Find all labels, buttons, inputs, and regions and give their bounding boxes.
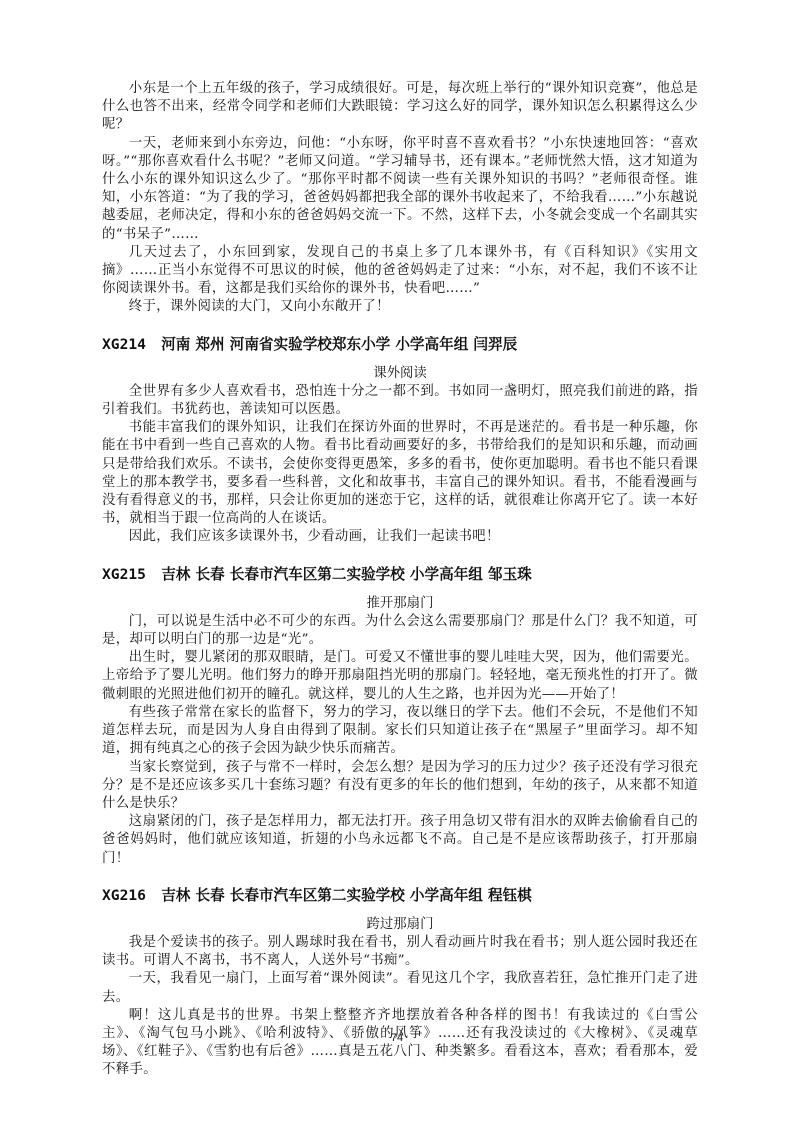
paragraph: 几天过去了，小东回到家，发现自己的书桌上多了几本课外书，有《百科知识》《实用文摘… xyxy=(102,244,698,299)
entry-heading: XG214 河南 郑州 河南省实验学校郑东小学 小学高年组 闫羿辰 xyxy=(102,335,698,355)
entry-author-info: 河南 郑州 河南省实验学校郑东小学 小学高年组 闫羿辰 xyxy=(161,336,517,353)
entry-code: XG216 xyxy=(102,887,146,904)
paragraph: 出生时，婴儿紧闭的那双眼睛，是门。可爱又不懂世事的婴儿哇哇大哭，因为，他们需要光… xyxy=(102,649,698,704)
paragraph: 因此，我们应该多读课外书，少看动画，让我们一起读书吧！ xyxy=(102,528,698,546)
entry-xg216: XG216 吉林 长春 长春市汽车区第二实验学校 小学高年组 程钰棋 跨过那扇门… xyxy=(102,886,698,1080)
paragraph: 我是个爱读书的孩子。别人踢球时我在看书，别人看动画片时我在看书；别人逛公园时我还… xyxy=(102,934,698,970)
essay-title: 推开那扇门 xyxy=(102,595,698,613)
entry-heading: XG216 吉林 长春 长春市汽车区第二实验学校 小学高年组 程钰棋 xyxy=(102,886,698,906)
story-continuation: 小东是一个上五年级的孩子，学习成绩很好。可是，每次班上举行的“课外知识竞赛”，他… xyxy=(102,80,698,317)
paragraph: 这扇紧闭的门，孩子是怎样用力，都无法打开。孩子用急切又带有泪水的双眸去偷偷看自己… xyxy=(102,813,698,868)
paragraph: 终于，课外阅读的大门，又向小东敞开了！ xyxy=(102,298,698,316)
entry-heading: XG215 吉林 长春 长春市汽车区第二实验学校 小学高年组 邹玉珠 xyxy=(102,565,698,585)
paragraph: 一天，老师来到小东旁边，问他：“小东呀，你平时喜不喜欢看书？”小东快速地回答：“… xyxy=(102,135,698,244)
paragraph: 门，可以说是生活中必不可少的东西。为什么会这么需要那扇门？那是什么门？我不知道，… xyxy=(102,613,698,649)
page-number: 74 xyxy=(0,1032,794,1044)
paragraph: 书能丰富我们的课外知识，让我们在探访外面的世界时，不再是迷茫的。看书是一种乐趣，… xyxy=(102,419,698,528)
essay-title: 课外阅读 xyxy=(102,365,698,383)
entry-code: XG214 xyxy=(102,336,146,353)
paragraph: 一天，我看见一扇门，上面写着“课外阅读”。看见这几个字，我欣喜若狂，急忙推开门走… xyxy=(102,970,698,1006)
entry-author-info: 吉林 长春 长春市汽车区第二实验学校 小学高年组 邹玉珠 xyxy=(161,566,532,583)
entry-author-info: 吉林 长春 长春市汽车区第二实验学校 小学高年组 程钰棋 xyxy=(161,887,532,904)
entry-xg214: XG214 河南 郑州 河南省实验学校郑东小学 小学高年组 闫羿辰 课外阅读 全… xyxy=(102,335,698,547)
essay-title: 跨过那扇门 xyxy=(102,916,698,934)
entry-xg215: XG215 吉林 长春 长春市汽车区第二实验学校 小学高年组 邹玉珠 推开那扇门… xyxy=(102,565,698,868)
paragraph: 全世界有多少人喜欢看书，恐怕连十分之一都不到。书如同一盏明灯，照亮我们前进的路，… xyxy=(102,383,698,419)
paragraph: 小东是一个上五年级的孩子，学习成绩很好。可是，每次班上举行的“课外知识竞赛”，他… xyxy=(102,80,698,135)
paragraph: 当家长察觉到，孩子与常不一样时，会怎么想？是因为学习的压力过少？孩子还没有学习很… xyxy=(102,759,698,814)
paragraph: 有些孩子常常在家长的监督下，努力的学习，夜以继日的学下去。他们不会玩，不是他们不… xyxy=(102,704,698,759)
entry-code: XG215 xyxy=(102,566,146,583)
document-page: 小东是一个上五年级的孩子，学习成绩很好。可是，每次班上举行的“课外知识竞赛”，他… xyxy=(102,80,698,1080)
